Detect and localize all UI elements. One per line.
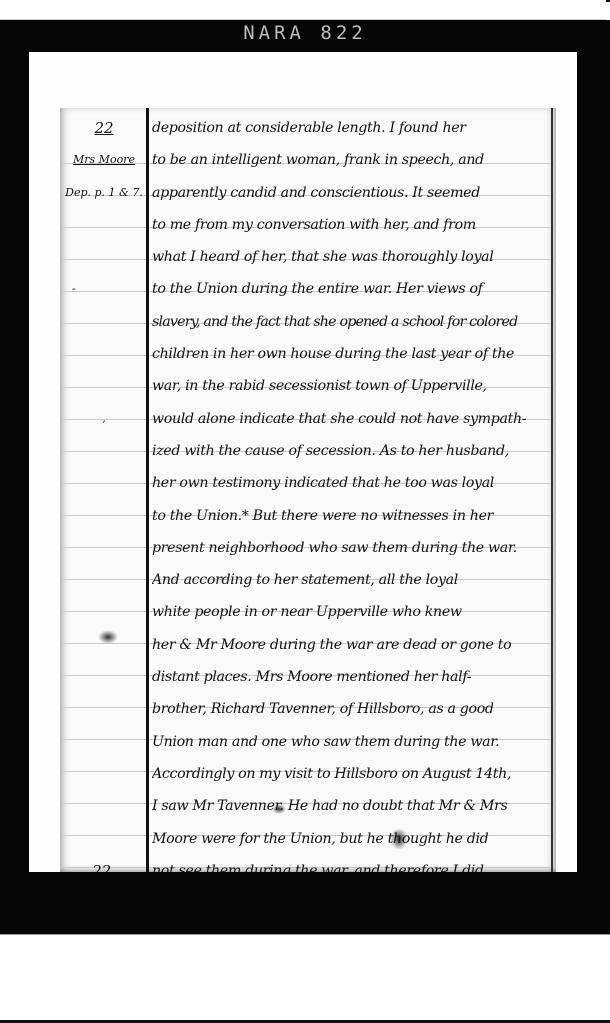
margin-note: [62, 564, 146, 596]
bottom-white-band: [0, 934, 610, 1023]
frame-label: NARA 822: [0, 22, 610, 44]
text-line: present neighborhood who saw them during…: [152, 532, 552, 564]
ledger-page: 22 Mrs Moore Dep. p. 1 & 7. - , 22. Mrs …: [60, 108, 556, 872]
margin-note: [62, 693, 146, 725]
margin-note: [62, 306, 146, 338]
margin-note: [62, 209, 146, 241]
text-line: Accordingly on my visit to Hillsboro on …: [152, 758, 552, 790]
top-white-strip: [0, 0, 606, 20]
text-line: ized with the cause of secession. As to …: [152, 435, 552, 467]
text-line: her own testimony indicated that he too …: [152, 467, 552, 499]
margin-note: ,: [62, 403, 146, 435]
margin-note: [62, 790, 146, 822]
text-line: not see them during the war, and therefo…: [152, 855, 552, 872]
margin-note: [62, 596, 146, 628]
margin-rule: [146, 108, 149, 872]
text-line: brother, Richard Tavenner, of Hillsboro,…: [152, 693, 552, 725]
text-line: to me from my conversation with her, and…: [152, 209, 552, 241]
margin-note: [62, 823, 146, 855]
text-line: I saw Mr Tavenner. He had no doubt that …: [152, 790, 552, 822]
margin-column: 22 Mrs Moore Dep. p. 1 & 7. - , 22. Mrs …: [62, 112, 146, 872]
text-line: deposition at considerable length. I fou…: [152, 112, 552, 144]
text-line: Moore were for the Union, but he thought…: [152, 823, 552, 855]
handwritten-body: deposition at considerable length. I fou…: [152, 112, 552, 872]
text-line: would alone indicate that she could not …: [152, 403, 552, 435]
margin-note: Dep. p. 1 & 7.: [62, 177, 146, 209]
margin-note: 22: [62, 112, 146, 144]
margin-note: -: [62, 273, 146, 305]
text-line: slavery, and the fact that she opened a …: [152, 306, 552, 338]
text-line: Union man and one who saw them during th…: [152, 726, 552, 758]
text-line: And according to her statement, all the …: [152, 564, 552, 596]
margin-note: [62, 338, 146, 370]
text-line: to the Union.* But there were no witness…: [152, 500, 552, 532]
text-line: what I heard of her, that she was thorou…: [152, 241, 552, 273]
text-line: her & Mr Moore during the war are dead o…: [152, 629, 552, 661]
text-line: children in her own house during the las…: [152, 338, 552, 370]
margin-note: [62, 726, 146, 758]
margin-note: 22.: [62, 855, 146, 872]
text-line: to the Union during the entire war. Her …: [152, 273, 552, 305]
text-line: distant places. Mrs Moore mentioned her …: [152, 661, 552, 693]
text-line: apparently candid and conscientious. It …: [152, 177, 552, 209]
margin-note: [62, 467, 146, 499]
margin-note: [62, 241, 146, 273]
margin-note: [62, 661, 146, 693]
margin-note: [62, 629, 146, 661]
margin-note: [62, 500, 146, 532]
margin-note: [62, 532, 146, 564]
text-line: to be an intelligent woman, frank in spe…: [152, 144, 552, 176]
text-line: war, in the rabid secessionist town of U…: [152, 370, 552, 402]
margin-note: [62, 758, 146, 790]
margin-note: [62, 435, 146, 467]
text-line: white people in or near Upperville who k…: [152, 596, 552, 628]
margin-note: [62, 370, 146, 402]
margin-note: Mrs Moore: [62, 144, 146, 176]
